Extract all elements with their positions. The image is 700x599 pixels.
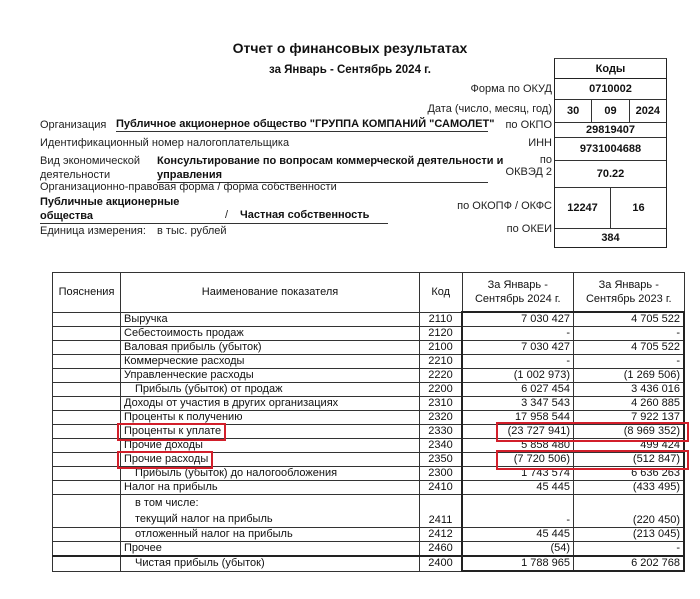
row-notes-cell	[53, 355, 121, 369]
row-name: Прибыль (убыток) до налогообложения	[121, 467, 420, 481]
header-current-period: За Январь - Сентябрь 2024 г.	[462, 273, 574, 313]
row-current-value: 1 788 965	[462, 556, 574, 571]
row-code: 2400	[420, 556, 463, 571]
date-day: 30	[555, 100, 591, 122]
row-current-value: 7 030 427	[462, 312, 574, 327]
row-name: Управленческие расходы	[121, 369, 420, 383]
date-row: 30 09 2024	[555, 99, 666, 122]
row-code: 2340	[420, 439, 463, 453]
okei-label: по ОКЕИ	[507, 223, 552, 235]
row-previous-value: (213 045)	[574, 528, 685, 542]
row-code: 2330	[420, 425, 463, 439]
row-previous-value: -	[574, 355, 685, 369]
row-notes-cell	[53, 397, 121, 411]
row-previous-value: -	[574, 327, 685, 341]
row-previous-value: -	[574, 542, 685, 557]
org-name: Публичное акционерное общество "ГРУППА К…	[116, 118, 488, 132]
row-notes-cell	[53, 411, 121, 425]
row-current-value: -	[462, 355, 574, 369]
row-previous-value: 6 202 768	[574, 556, 685, 571]
row-notes-cell	[53, 542, 121, 557]
row-notes-cell	[53, 383, 121, 397]
row-current-value: (54)	[462, 542, 574, 557]
row-name: отложенный налог на прибыль	[121, 528, 420, 542]
header-code: Код	[420, 273, 463, 313]
date-label: Дата (число, месяц, год)	[427, 103, 552, 115]
row-code: 2410	[420, 481, 463, 495]
row-notes-cell	[53, 528, 121, 542]
ownership-value: Частная собственность	[240, 209, 369, 221]
table-row: Прибыль (убыток) от продаж22006 027 4543…	[53, 383, 685, 397]
highlight-box-name	[117, 451, 213, 469]
row-current-value: -	[462, 495, 574, 528]
activity-value: Консультирование по вопросам коммерческо…	[157, 154, 488, 183]
row-code: 2300	[420, 467, 463, 481]
highlight-box-name	[117, 423, 226, 441]
row-notes-cell	[53, 467, 121, 481]
row-notes-cell	[53, 341, 121, 355]
legal-form-label: Организационно-правовая форма / форма со…	[40, 181, 337, 193]
row-code: 2310	[420, 397, 463, 411]
okopf-value: 12247	[555, 188, 610, 228]
table-row: Себестоимость продаж2120--	[53, 327, 685, 341]
row-code: 2110	[420, 312, 463, 327]
row-notes-cell	[53, 312, 121, 327]
header-notes: Пояснения	[53, 273, 121, 313]
header-name: Наименование показателя	[121, 273, 420, 313]
row-previous-value: (1 269 506)	[574, 369, 685, 383]
legal-form-separator: /	[225, 209, 228, 221]
row-current-value: -	[462, 327, 574, 341]
table-row: Выручка21107 030 4274 705 522	[53, 312, 685, 327]
row-previous-value: (433 495)	[574, 481, 685, 495]
row-code: 2120	[420, 327, 463, 341]
table-row: Управленческие расходы2220(1 002 973)(1 …	[53, 369, 685, 383]
row-current-value: (1 002 973)	[462, 369, 574, 383]
table-row: Валовая прибыль (убыток)21007 030 4274 7…	[53, 341, 685, 355]
codes-heading: Коды	[555, 59, 666, 78]
table-row: в том числе:текущий налог на прибыль2411…	[53, 495, 685, 528]
row-code: 2412	[420, 528, 463, 542]
inn-value: 9731004688	[555, 137, 666, 160]
okopf-row: 12247 16	[555, 187, 666, 228]
inn-label: Идентификационный номер налогоплательщик…	[40, 137, 289, 149]
okpo-value: 29819407	[555, 122, 666, 137]
table-row: отложенный налог на прибыль241245 445(21…	[53, 528, 685, 542]
row-previous-value: 4 705 522	[574, 341, 685, 355]
row-name-text: текущий налог на прибыль	[135, 511, 416, 527]
okopf-label: по ОКОПФ / ОКФС	[457, 200, 552, 212]
date-month: 09	[591, 100, 628, 122]
okved-value: 70.22	[555, 160, 666, 187]
table-row: Доходы от участия в других организациях2…	[53, 397, 685, 411]
row-name-prefix: в том числе:	[135, 495, 416, 511]
row-code: 2460	[420, 542, 463, 557]
table-row: Чистая прибыль (убыток)24001 788 9656 20…	[53, 556, 685, 571]
row-name: Прибыль (убыток) от продаж	[121, 383, 420, 397]
okud-label: Форма по ОКУД	[471, 83, 553, 95]
org-label: Организация	[40, 119, 106, 131]
date-year: 2024	[629, 100, 666, 122]
unit-value: в тыс. рублей	[157, 225, 227, 237]
activity-label: Вид экономической деятельности	[40, 154, 140, 182]
highlight-box-values	[496, 422, 689, 442]
row-notes-cell	[53, 495, 121, 528]
row-notes-cell	[53, 481, 121, 495]
okved-label: по ОКВЭД 2	[506, 154, 552, 178]
table-row: Коммерческие расходы2210--	[53, 355, 685, 369]
row-name: Валовая прибыль (убыток)	[121, 341, 420, 355]
row-name: Налог на прибыль	[121, 481, 420, 495]
header-previous-period: За Январь - Сентябрь 2023 г.	[574, 273, 685, 313]
row-notes-cell	[53, 425, 121, 439]
row-notes-cell	[53, 369, 121, 383]
row-code: 2320	[420, 411, 463, 425]
row-name: Коммерческие расходы	[121, 355, 420, 369]
row-previous-value: 4 260 885	[574, 397, 685, 411]
row-current-value: 7 030 427	[462, 341, 574, 355]
table-row: Налог на прибыль241045 445(433 495)	[53, 481, 685, 495]
row-name: Себестоимость продаж	[121, 327, 420, 341]
row-current-value: 45 445	[462, 528, 574, 542]
row-name: Выручка	[121, 312, 420, 327]
row-code: 2220	[420, 369, 463, 383]
row-code: 2100	[420, 341, 463, 355]
row-name: в том числе:текущий налог на прибыль	[121, 495, 420, 528]
row-notes-cell	[53, 327, 121, 341]
table-row: Прочее2460(54)-	[53, 542, 685, 557]
row-name: Чистая прибыль (убыток)	[121, 556, 420, 571]
row-current-value: 3 347 543	[462, 397, 574, 411]
okfs-value: 16	[610, 188, 666, 228]
report-title: Отчет о финансовых результатах	[0, 40, 700, 56]
row-previous-value: 4 705 522	[574, 312, 685, 327]
okei-value: 384	[555, 228, 666, 247]
row-code: 2411	[420, 495, 463, 528]
row-name: Прочее	[121, 542, 420, 557]
row-notes-cell	[53, 439, 121, 453]
row-current-value: 45 445	[462, 481, 574, 495]
row-notes-cell	[53, 556, 121, 571]
okud-value: 0710002	[555, 78, 666, 99]
okpo-label: по ОКПО	[505, 119, 552, 131]
unit-label: Единица измерения:	[40, 225, 146, 237]
row-previous-value: 3 436 016	[574, 383, 685, 397]
row-current-value: 6 027 454	[462, 383, 574, 397]
row-code: 2350	[420, 453, 463, 467]
row-name: Доходы от участия в других организациях	[121, 397, 420, 411]
codes-box: Коды 0710002 30 09 2024 29819407 9731004…	[554, 58, 667, 248]
row-code: 2200	[420, 383, 463, 397]
highlight-box-values	[496, 450, 689, 470]
row-previous-value: (220 450)	[574, 495, 685, 528]
table-header: Пояснения Наименование показателя Код За…	[53, 273, 685, 313]
row-code: 2210	[420, 355, 463, 369]
row-notes-cell	[53, 453, 121, 467]
inn-code-label: ИНН	[528, 137, 552, 149]
